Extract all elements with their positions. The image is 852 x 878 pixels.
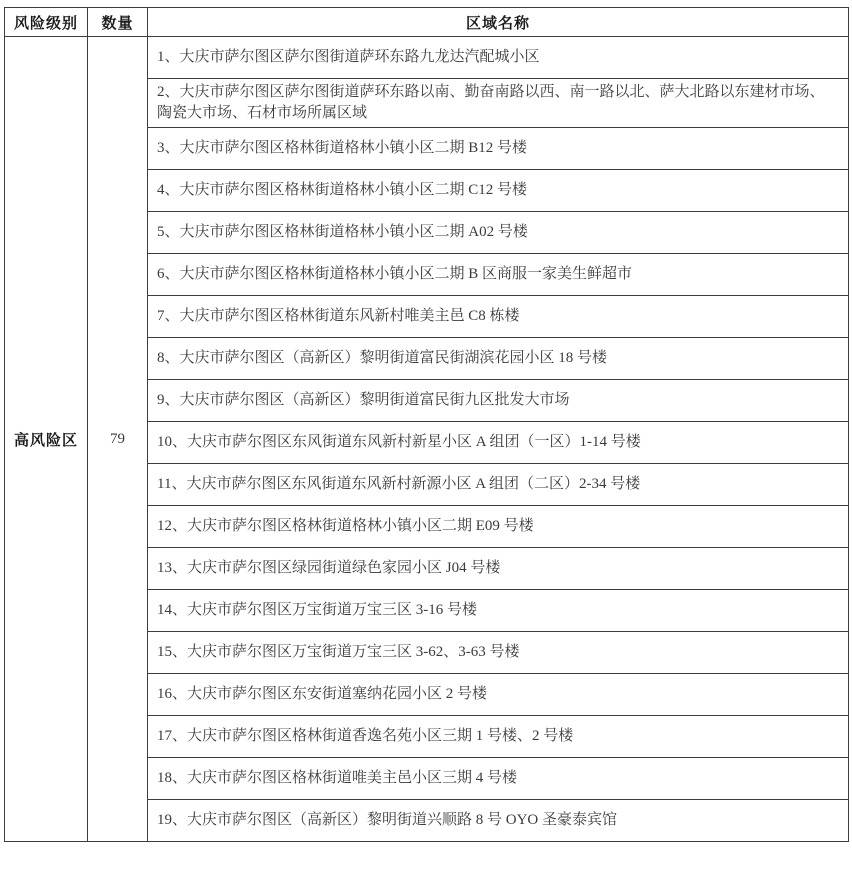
area-name-cell: 14、大庆市萨尔图区万宝街道万宝三区 3-16 号楼	[148, 590, 849, 632]
table-row: 高风险区791、大庆市萨尔图区萨尔图街道萨环东路九龙达汽配城小区	[5, 37, 849, 79]
area-name-cell: 13、大庆市萨尔图区绿园街道绿色家园小区 J04 号楼	[148, 548, 849, 590]
area-name-cell: 15、大庆市萨尔图区万宝街道万宝三区 3-62、3-63 号楼	[148, 632, 849, 674]
col-header-count: 数量	[88, 8, 148, 37]
area-name-cell: 5、大庆市萨尔图区格林街道格林小镇小区二期 A02 号楼	[148, 212, 849, 254]
area-name-cell: 19、大庆市萨尔图区（高新区）黎明街道兴顺路 8 号 OYO 圣豪泰宾馆	[148, 800, 849, 842]
area-name-cell: 12、大庆市萨尔图区格林街道格林小镇小区二期 E09 号楼	[148, 506, 849, 548]
area-name-cell: 17、大庆市萨尔图区格林街道香逸名苑小区三期 1 号楼、2 号楼	[148, 716, 849, 758]
area-name-cell: 11、大庆市萨尔图区东风街道东风新村新源小区 A 组团（二区）2-34 号楼	[148, 464, 849, 506]
table-body: 高风险区791、大庆市萨尔图区萨尔图街道萨环东路九龙达汽配城小区2、大庆市萨尔图…	[5, 37, 849, 842]
risk-area-table: 风险级别 数量 区域名称 高风险区791、大庆市萨尔图区萨尔图街道萨环东路九龙达…	[4, 7, 849, 842]
area-name-cell: 7、大庆市萨尔图区格林街道东风新村唯美主邑 C8 栋楼	[148, 296, 849, 338]
area-name-cell: 2、大庆市萨尔图区萨尔图街道萨环东路以南、勤奋南路以西、南一路以北、萨大北路以东…	[148, 79, 849, 128]
count-cell: 79	[88, 37, 148, 842]
col-header-area-name: 区域名称	[148, 8, 849, 37]
area-name-cell: 6、大庆市萨尔图区格林街道格林小镇小区二期 B 区商服一家美生鲜超市	[148, 254, 849, 296]
area-name-cell: 4、大庆市萨尔图区格林街道格林小镇小区二期 C12 号楼	[148, 170, 849, 212]
area-name-cell: 16、大庆市萨尔图区东安街道塞纳花园小区 2 号楼	[148, 674, 849, 716]
area-name-cell: 1、大庆市萨尔图区萨尔图街道萨环东路九龙达汽配城小区	[148, 37, 849, 79]
area-name-cell: 18、大庆市萨尔图区格林街道唯美主邑小区三期 4 号楼	[148, 758, 849, 800]
area-name-cell: 3、大庆市萨尔图区格林街道格林小镇小区二期 B12 号楼	[148, 128, 849, 170]
area-name-cell: 8、大庆市萨尔图区（高新区）黎明街道富民街湖滨花园小区 18 号楼	[148, 338, 849, 380]
header-row: 风险级别 数量 区域名称	[5, 8, 849, 37]
area-name-cell: 10、大庆市萨尔图区东风街道东风新村新星小区 A 组团（一区）1-14 号楼	[148, 422, 849, 464]
area-name-cell: 9、大庆市萨尔图区（高新区）黎明街道富民街九区批发大市场	[148, 380, 849, 422]
col-header-risk-level: 风险级别	[5, 8, 88, 37]
risk-level-cell: 高风险区	[5, 37, 88, 842]
